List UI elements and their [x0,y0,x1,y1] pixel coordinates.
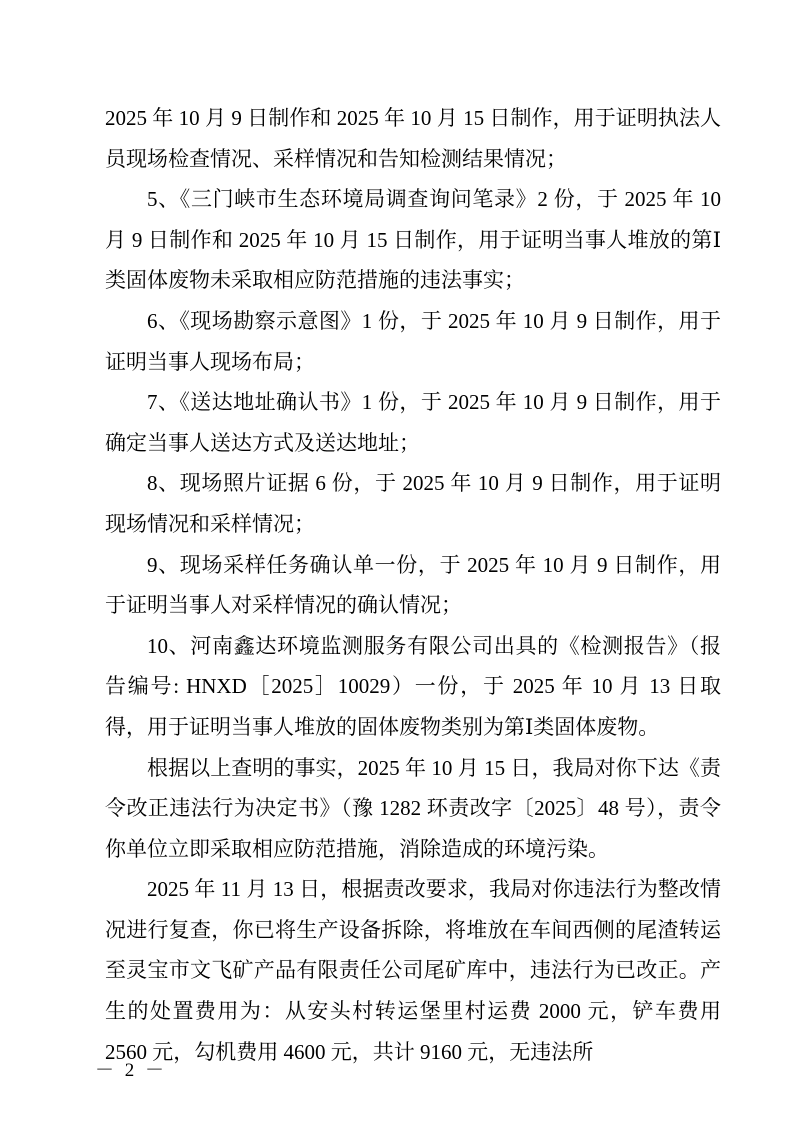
paragraph-continuation: 2025 年 10 月 9 日制作和 2025 年 10 月 15 日制作，用于… [105,98,721,179]
paragraph-evidence-8: 8、现场照片证据 6 份，于 2025 年 10 月 9 日制作，用于证明现场情… [105,463,721,544]
paragraph-evidence-9: 9、现场采样任务确认单一份，于 2025 年 10 月 9 日制作，用于证明当事… [105,545,721,626]
paragraph-evidence-6: 6、《现场勘察示意图》1 份，于 2025 年 10 月 9 日制作，用于证明当… [105,301,721,382]
paragraph-order-decision: 根据以上查明的事实，2025 年 10 月 15 日，我局对你下达《责令改正违法… [105,748,721,870]
page-number: － 2 － [95,1057,167,1085]
document-body: 2025 年 10 月 9 日制作和 2025 年 10 月 15 日制作，用于… [105,98,721,1072]
paragraph-evidence-10: 10、河南鑫达环境监测服务有限公司出具的《检测报告》（报告编号: HNXD［20… [105,626,721,748]
document-page: 2025 年 10 月 9 日制作和 2025 年 10 月 15 日制作，用于… [0,0,806,1141]
paragraph-evidence-5: 5、《三门峡市生态环境局调查询问笔录》2 份，于 2025 年 10 月 9 日… [105,179,721,301]
paragraph-evidence-7: 7、《送达地址确认书》1 份，于 2025 年 10 月 9 日制作，用于确定当… [105,382,721,463]
paragraph-reinspection: 2025 年 11 月 13 日，根据责改要求，我局对你违法行为整改情况进行复查… [105,869,721,1072]
